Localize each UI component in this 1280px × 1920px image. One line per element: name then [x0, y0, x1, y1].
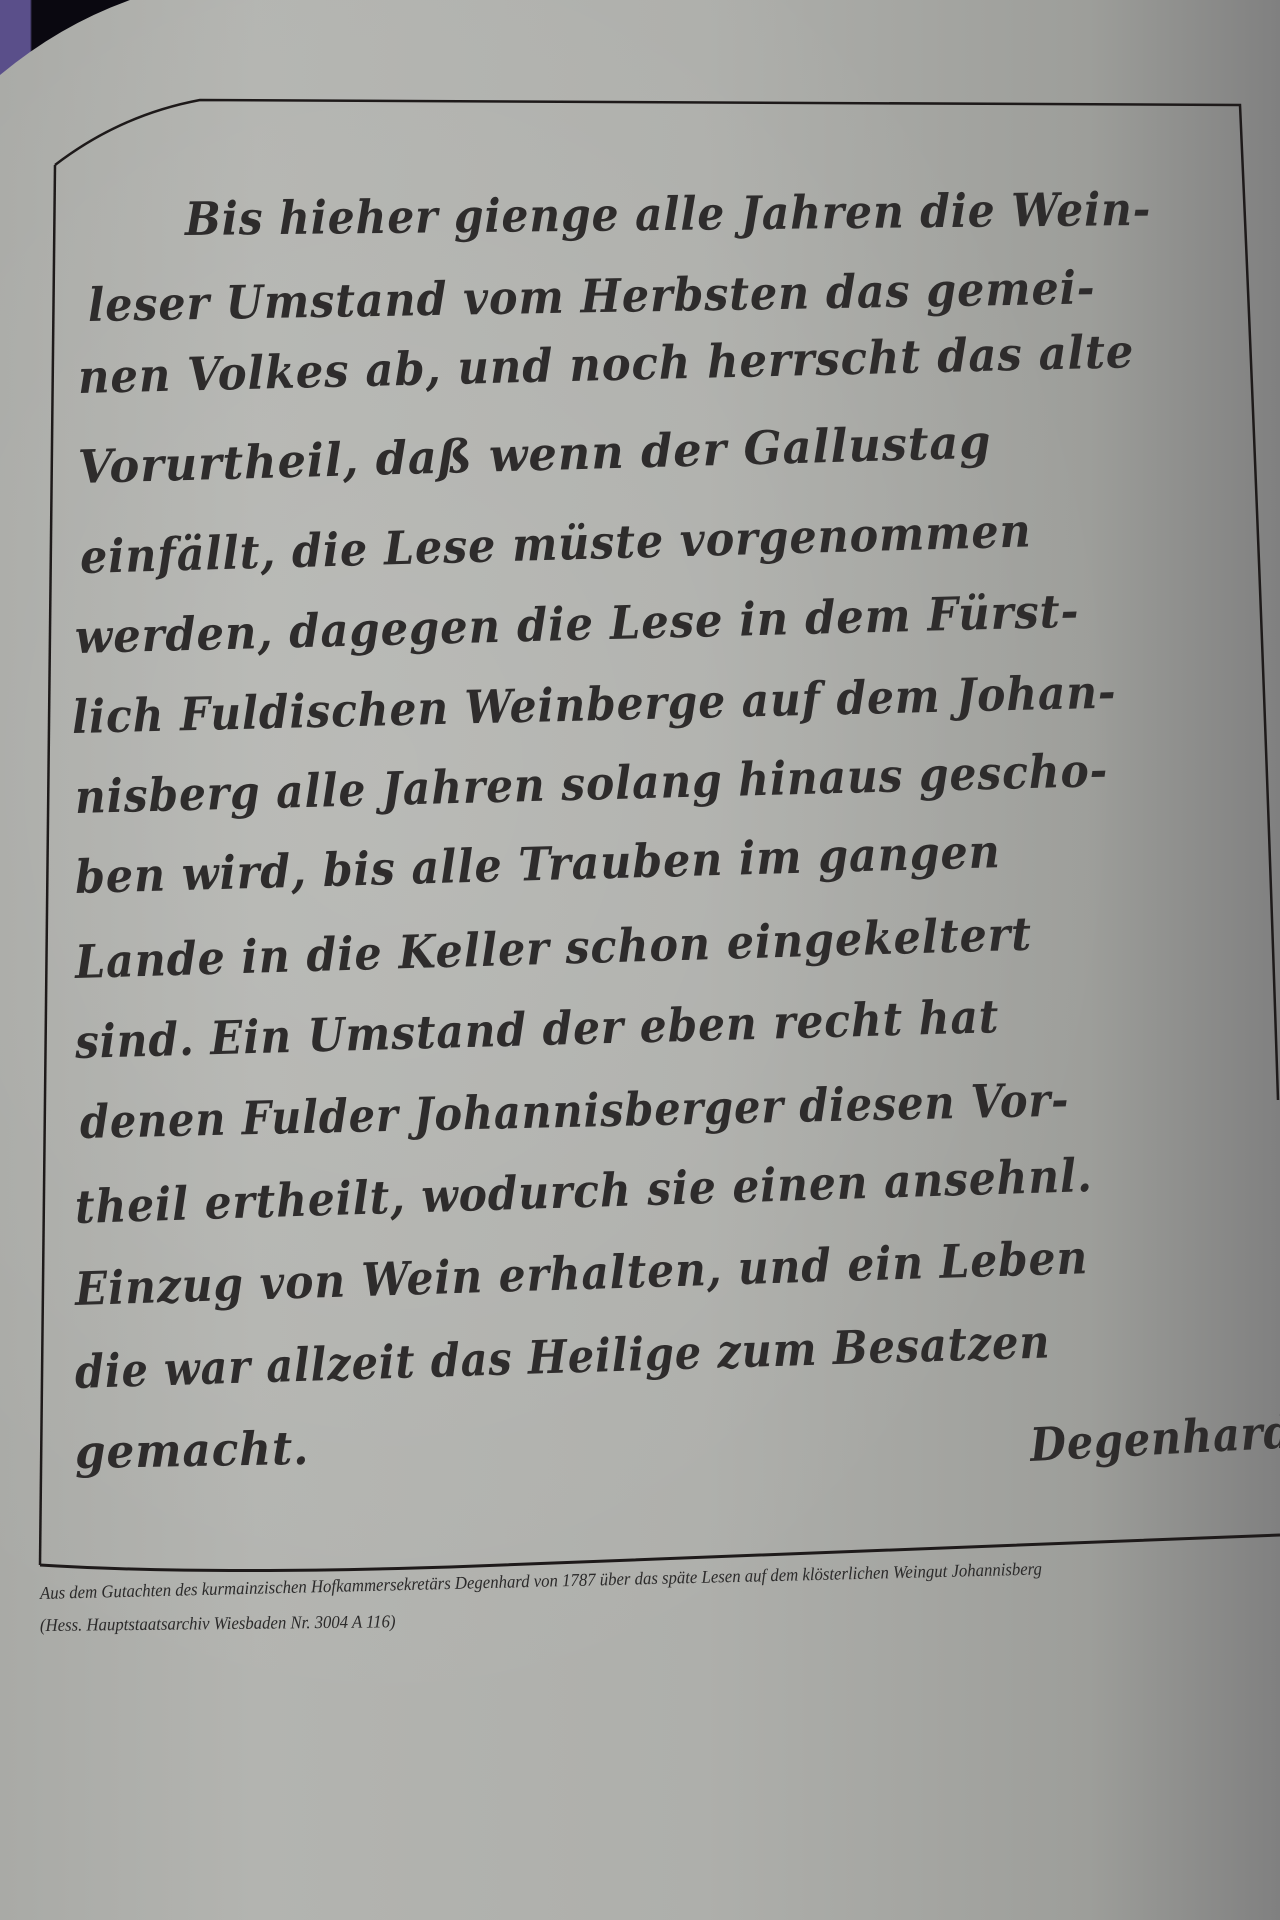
caption-line-2: (Hess. Hauptstaatsarchiv Wiesbaden Nr. 3…: [40, 1611, 396, 1636]
manuscript-line: gemacht.: [75, 1421, 310, 1479]
manuscript-line: Bis hieher gienge alle Jahren die Wein-: [185, 182, 1152, 246]
